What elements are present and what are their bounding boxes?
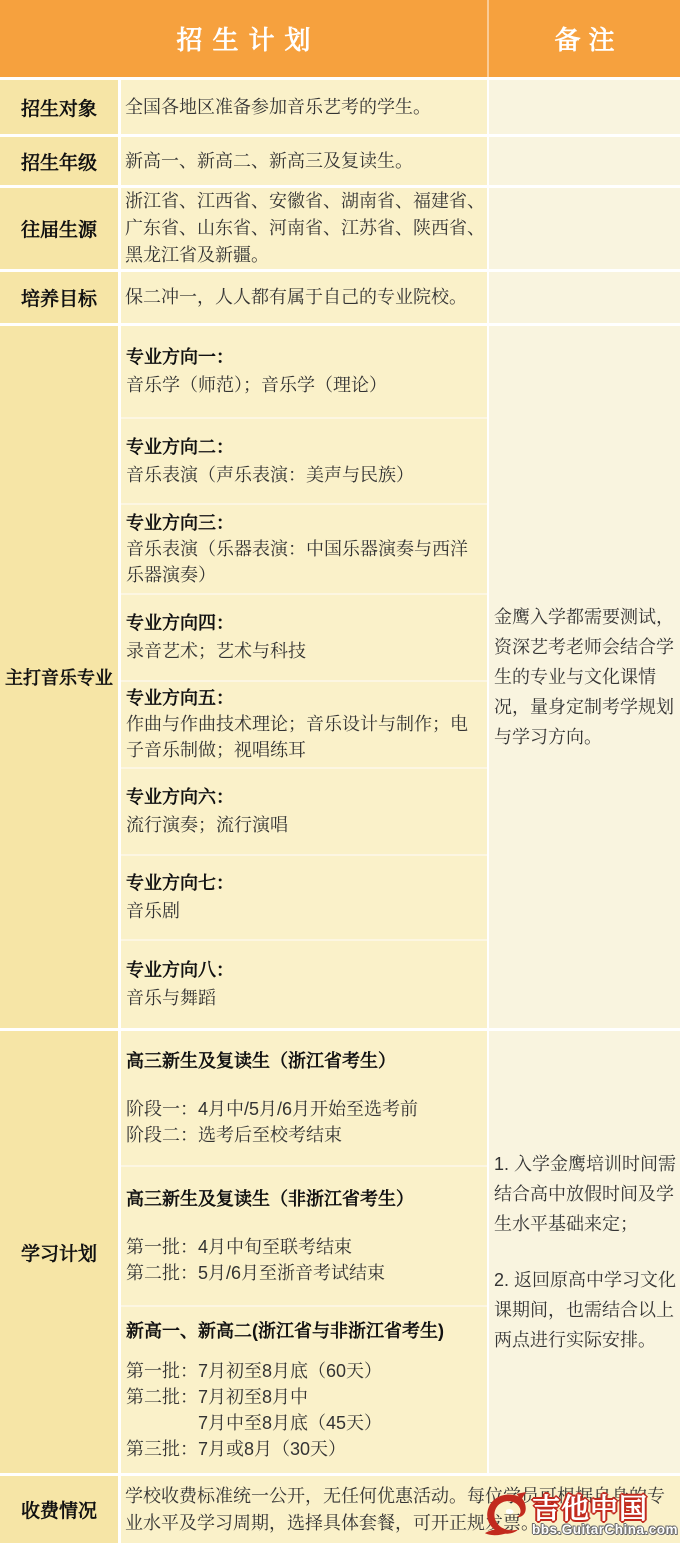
study-group: 新高一、新高二(浙江省与非浙江省考生) 第一批：7月初至8月底（60天） 第二批… [121, 1305, 487, 1473]
row-note-empty [489, 272, 680, 323]
study-group-title: 高三新生及复读生（浙江省考生） [126, 1049, 485, 1074]
majors-note-text: 金鹰入学都需要测试，资深艺考老师会结合学生的专业与文化课情况，量身定制考学规划与… [494, 602, 678, 752]
row-label-majors: 主打音乐专业 [0, 326, 118, 1028]
major-desc: 音乐表演（声乐表演：美声与民族） [126, 462, 485, 488]
major-title: 专业方向八： [126, 958, 485, 983]
major-item: 专业方向八： 音乐与舞蹈 [121, 939, 487, 1028]
major-desc: 流行演奏；流行演唱 [126, 812, 485, 838]
study-group-title: 新高一、新高二(浙江省与非浙江省考生) [126, 1319, 485, 1344]
row-label-target-students: 招生对象 [0, 80, 118, 134]
study-line: 阶段一：4月中/5月/6月开始至选考前 [126, 1096, 485, 1122]
row-content-past-sources: 浙江省、江西省、安徽省、湖南省、福建省、广东省、山东省、河南省、江苏省、陕西省、… [121, 188, 487, 269]
row-note-empty [489, 80, 680, 134]
table-row-majors: 主打音乐专业 专业方向一： 音乐学（师范）；音乐学（理论） 专业方向二： 音乐表… [0, 326, 680, 1028]
majors-note: 金鹰入学都需要测试，资深艺考老师会结合学生的专业与文化课情况，量身定制考学规划与… [489, 326, 680, 1028]
table-row: 招生对象 全国各地区准备参加音乐艺考的学生。 [0, 80, 680, 134]
row-label-training-goal: 培养目标 [0, 272, 118, 323]
major-item: 专业方向三： 音乐表演（乐器表演：中国乐器演奏与西洋乐器演奏） [121, 503, 487, 593]
study-group-title: 高三新生及复读生（非浙江省考生） [126, 1187, 485, 1212]
row-content-training-goal: 保二冲一，人人都有属于自己的专业院校。 [121, 272, 487, 323]
header-plan-title: 招生计划 [0, 0, 489, 77]
row-note-empty [489, 137, 680, 185]
major-item: 专业方向四： 录音艺术；艺术与科技 [121, 593, 487, 680]
major-desc: 音乐与舞蹈 [126, 985, 485, 1011]
study-group: 高三新生及复读生（浙江省考生） 阶段一：4月中/5月/6月开始至选考前 阶段二：… [121, 1031, 487, 1165]
row-label-fees: 收费情况 [0, 1476, 118, 1543]
major-title: 专业方向二： [126, 435, 485, 460]
study-plan-note: 1. 入学金鹰培训时间需结合高中放假时间及学生水平基础来定； 2. 返回原高中学… [489, 1031, 680, 1473]
study-group: 高三新生及复读生（非浙江省考生） 第一批：4月中旬至联考结束 第二批：5月/6月… [121, 1165, 487, 1305]
major-title: 专业方向三： [126, 511, 485, 536]
major-title: 专业方向五： [126, 686, 485, 711]
study-plan-note-2: 2. 返回原高中学习文化课期间，也需结合以上两点进行实际安排。 [494, 1265, 678, 1355]
watermark: 吉他中国 bbs.GuitarChina.com [482, 1491, 678, 1537]
study-line: 第三批：7月或8月（30天） [126, 1436, 485, 1462]
dragon-g-logo-icon [482, 1491, 530, 1537]
major-title: 专业方向七： [126, 871, 485, 896]
study-line: 阶段二：选考后至校考结束 [126, 1122, 485, 1148]
major-desc: 录音艺术；艺术与科技 [126, 638, 485, 664]
major-title: 专业方向六： [126, 785, 485, 810]
table-row: 培养目标 保二冲一，人人都有属于自己的专业院校。 [0, 272, 680, 323]
major-item: 专业方向七： 音乐剧 [121, 854, 487, 939]
row-label-study-plan: 学习计划 [0, 1031, 118, 1473]
header-note-title: 备注 [489, 0, 680, 77]
row-label-past-sources: 往届生源 [0, 188, 118, 269]
watermark-url: bbs.GuitarChina.com [532, 1522, 678, 1537]
study-line: 第一批：7月初至8月底（60天） [126, 1358, 485, 1384]
study-plan-note-1: 1. 入学金鹰培训时间需结合高中放假时间及学生水平基础来定； [494, 1149, 678, 1239]
row-content-target-students: 全国各地区准备参加音乐艺考的学生。 [121, 80, 487, 134]
row-note-empty [489, 188, 680, 269]
table-header-row: 招生计划 备注 [0, 0, 680, 77]
study-line: 第二批：7月初至8月中 [126, 1384, 485, 1410]
major-item: 专业方向二： 音乐表演（声乐表演：美声与民族） [121, 417, 487, 503]
study-plan-list: 高三新生及复读生（浙江省考生） 阶段一：4月中/5月/6月开始至选考前 阶段二：… [121, 1031, 487, 1473]
major-item: 专业方向一： 音乐学（师范）；音乐学（理论） [121, 326, 487, 417]
study-line: 7月中至8月底（45天） [126, 1410, 485, 1436]
major-item: 专业方向六： 流行演奏；流行演唱 [121, 767, 487, 854]
enrollment-plan-table: 招生计划 备注 招生对象 全国各地区准备参加音乐艺考的学生。 招生年级 新高一、… [0, 0, 680, 1543]
majors-list: 专业方向一： 音乐学（师范）；音乐学（理论） 专业方向二： 音乐表演（声乐表演：… [121, 326, 487, 1028]
watermark-text: 吉他中国 bbs.GuitarChina.com [532, 1496, 678, 1537]
table-row: 招生年级 新高一、新高二、新高三及复读生。 [0, 137, 680, 185]
watermark-brand: 吉他中国 [532, 1496, 648, 1522]
table-row-study-plan: 学习计划 高三新生及复读生（浙江省考生） 阶段一：4月中/5月/6月开始至选考前… [0, 1031, 680, 1473]
major-desc: 音乐表演（乐器表演：中国乐器演奏与西洋乐器演奏） [126, 536, 485, 588]
major-title: 专业方向一： [126, 345, 485, 370]
major-desc: 音乐剧 [126, 898, 485, 924]
row-label-grades: 招生年级 [0, 137, 118, 185]
study-line: 第一批：4月中旬至联考结束 [126, 1234, 485, 1260]
table-row: 往届生源 浙江省、江西省、安徽省、湖南省、福建省、广东省、山东省、河南省、江苏省… [0, 188, 680, 269]
major-title: 专业方向四： [126, 611, 485, 636]
row-content-grades: 新高一、新高二、新高三及复读生。 [121, 137, 487, 185]
study-line: 第二批：5月/6月至浙音考试结束 [126, 1260, 485, 1286]
major-item: 专业方向五： 作曲与作曲技术理论；音乐设计与制作；电子音乐制做；视唱练耳 [121, 680, 487, 767]
major-desc: 音乐学（师范）；音乐学（理论） [126, 372, 485, 398]
major-desc: 作曲与作曲技术理论；音乐设计与制作；电子音乐制做；视唱练耳 [126, 711, 485, 763]
